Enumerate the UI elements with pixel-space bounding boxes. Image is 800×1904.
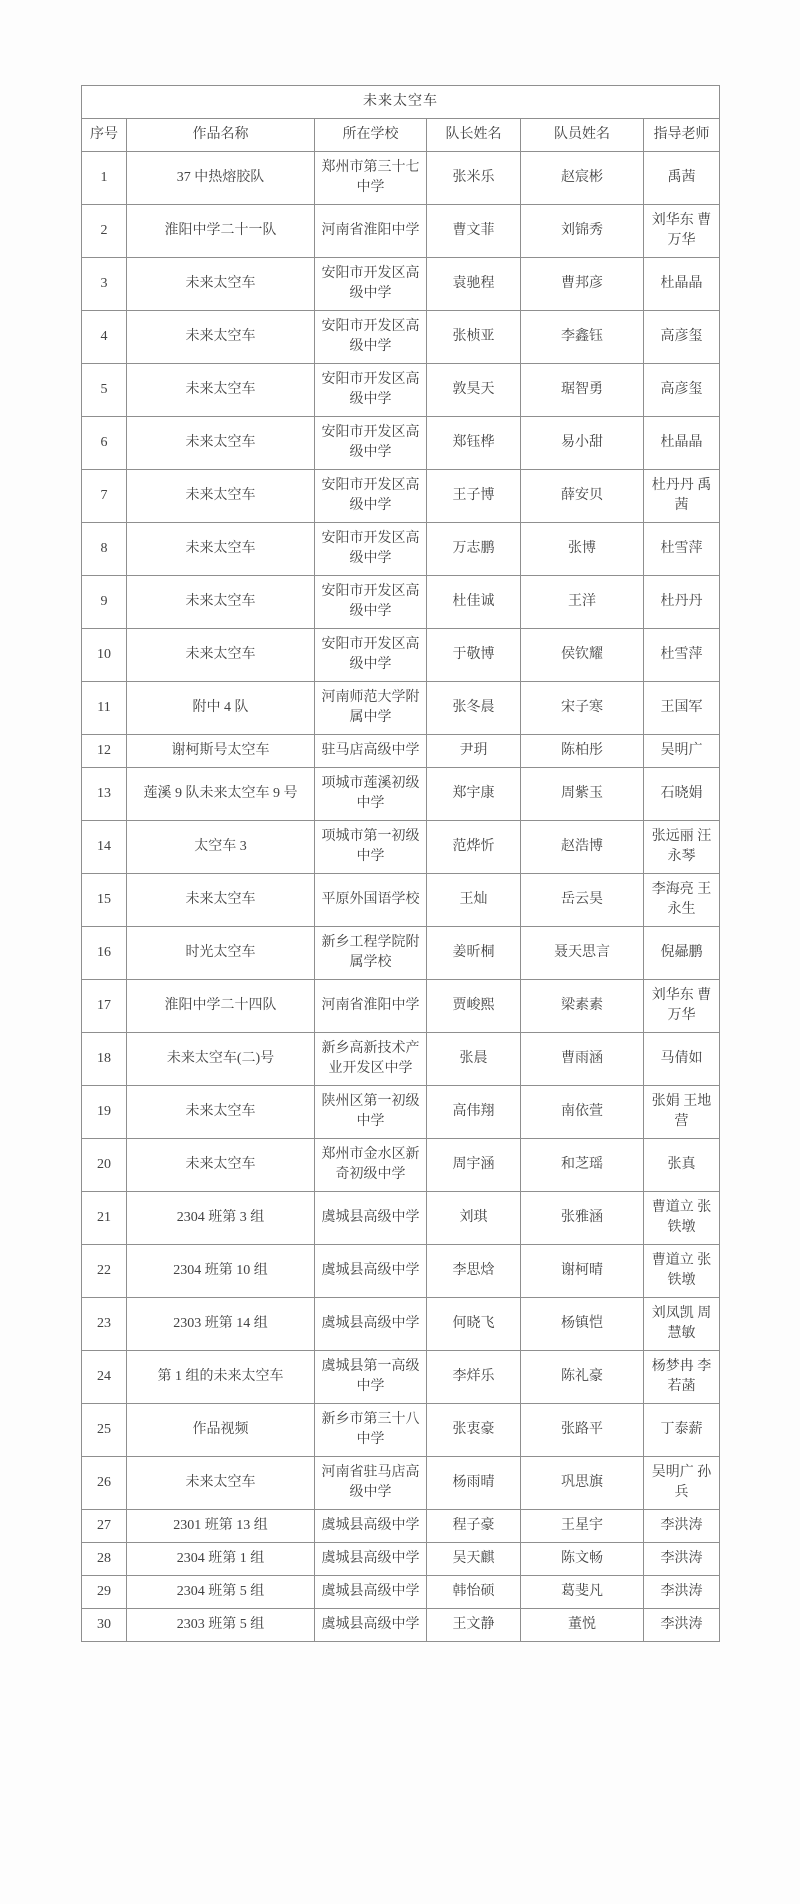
cell-leader-name: 吴天麒 — [427, 1543, 521, 1576]
cell-member-name: 梁素素 — [521, 980, 644, 1033]
cell-work-name: 未来太空车 — [127, 523, 315, 576]
table-row: 5 未来太空车 安阳市开发区高级中学 敦昊天 琚智勇 高彦玺 — [82, 364, 720, 417]
cell-member-name: 赵浩博 — [521, 821, 644, 874]
cell-school: 虞城县高级中学 — [315, 1192, 427, 1245]
cell-work-name: 作品视频 — [127, 1404, 315, 1457]
cell-leader-name: 王灿 — [427, 874, 521, 927]
column-header-index: 序号 — [82, 119, 127, 152]
table-header-row: 序号 作品名称 所在学校 队长姓名 队员姓名 指导老师 — [82, 119, 720, 152]
cell-member-name: 董悦 — [521, 1609, 644, 1642]
cell-work-name: 未来太空车 — [127, 1457, 315, 1510]
cell-school: 虞城县第一高级中学 — [315, 1351, 427, 1404]
cell-member-name: 薛安贝 — [521, 470, 644, 523]
table-row: 4 未来太空车 安阳市开发区高级中学 张桢亚 李鑫钰 高彦玺 — [82, 311, 720, 364]
cell-school: 安阳市开发区高级中学 — [315, 417, 427, 470]
cell-index: 5 — [82, 364, 127, 417]
cell-member-name: 陈礼豪 — [521, 1351, 644, 1404]
cell-teacher: 杜雪萍 — [644, 523, 720, 576]
table-row: 17 淮阳中学二十四队 河南省淮阳中学 贾峻熙 梁素素 刘华东 曹万华 — [82, 980, 720, 1033]
cell-teacher: 杜雪萍 — [644, 629, 720, 682]
cell-teacher: 杜丹丹 禹茜 — [644, 470, 720, 523]
cell-leader-name: 程子豪 — [427, 1510, 521, 1543]
cell-work-name: 谢柯斯号太空车 — [127, 735, 315, 768]
cell-index: 29 — [82, 1576, 127, 1609]
table-row: 19 未来太空车 陕州区第一初级中学 高伟翔 南依萱 张娟 王地营 — [82, 1086, 720, 1139]
cell-leader-name: 李烊乐 — [427, 1351, 521, 1404]
cell-teacher: 吴明广 — [644, 735, 720, 768]
cell-index: 8 — [82, 523, 127, 576]
cell-leader-name: 万志鹏 — [427, 523, 521, 576]
cell-leader-name: 贾峻熙 — [427, 980, 521, 1033]
cell-leader-name: 高伟翔 — [427, 1086, 521, 1139]
cell-school: 平原外国语学校 — [315, 874, 427, 927]
cell-teacher: 杜晶晶 — [644, 417, 720, 470]
cell-teacher: 石晓娟 — [644, 768, 720, 821]
cell-teacher: 张真 — [644, 1139, 720, 1192]
table-row: 22 2304 班第 10 组 虞城县高级中学 李思焓 谢柯晴 曹道立 张铁墩 — [82, 1245, 720, 1298]
cell-school: 陕州区第一初级中学 — [315, 1086, 427, 1139]
cell-member-name: 巩思旗 — [521, 1457, 644, 1510]
cell-school: 安阳市开发区高级中学 — [315, 576, 427, 629]
cell-teacher: 吴明广 孙兵 — [644, 1457, 720, 1510]
cell-index: 11 — [82, 682, 127, 735]
cell-index: 15 — [82, 874, 127, 927]
cell-teacher: 刘凤凯 周慧敏 — [644, 1298, 720, 1351]
cell-member-name: 侯钦耀 — [521, 629, 644, 682]
cell-teacher: 张娟 王地营 — [644, 1086, 720, 1139]
document-page: 未来太空车 序号 作品名称 所在学校 队长姓名 队员姓名 指导老师 1 37 中… — [0, 0, 800, 1904]
cell-index: 3 — [82, 258, 127, 311]
cell-member-name: 琚智勇 — [521, 364, 644, 417]
cell-index: 12 — [82, 735, 127, 768]
cell-work-name: 2301 班第 13 组 — [127, 1510, 315, 1543]
cell-member-name: 王星宇 — [521, 1510, 644, 1543]
cell-school: 新乡市第三十八中学 — [315, 1404, 427, 1457]
cell-teacher: 李海亮 王永生 — [644, 874, 720, 927]
cell-leader-name: 敦昊天 — [427, 364, 521, 417]
cell-teacher: 杜丹丹 — [644, 576, 720, 629]
cell-school: 虞城县高级中学 — [315, 1245, 427, 1298]
cell-school: 河南省淮阳中学 — [315, 980, 427, 1033]
cell-work-name: 2304 班第 1 组 — [127, 1543, 315, 1576]
cell-teacher: 刘华东 曹万华 — [644, 980, 720, 1033]
table-row: 28 2304 班第 1 组 虞城县高级中学 吴天麒 陈文畅 李洪涛 — [82, 1543, 720, 1576]
cell-index: 1 — [82, 152, 127, 205]
cell-school: 新乡高新技术产业开发区中学 — [315, 1033, 427, 1086]
cell-teacher: 倪曏鹏 — [644, 927, 720, 980]
cell-index: 20 — [82, 1139, 127, 1192]
cell-teacher: 杨梦冉 李若菡 — [644, 1351, 720, 1404]
cell-index: 10 — [82, 629, 127, 682]
cell-school: 安阳市开发区高级中学 — [315, 470, 427, 523]
cell-leader-name: 何晓飞 — [427, 1298, 521, 1351]
cell-member-name: 周紫玉 — [521, 768, 644, 821]
cell-school: 虞城县高级中学 — [315, 1576, 427, 1609]
cell-work-name: 2303 班第 5 组 — [127, 1609, 315, 1642]
cell-index: 18 — [82, 1033, 127, 1086]
cell-school: 虞城县高级中学 — [315, 1543, 427, 1576]
cell-member-name: 刘锦秀 — [521, 205, 644, 258]
cell-work-name: 太空车 3 — [127, 821, 315, 874]
cell-work-name: 时光太空车 — [127, 927, 315, 980]
table-row: 9 未来太空车 安阳市开发区高级中学 杜佳诚 王洋 杜丹丹 — [82, 576, 720, 629]
cell-leader-name: 韩怡硕 — [427, 1576, 521, 1609]
cell-work-name: 未来太空车 — [127, 364, 315, 417]
cell-leader-name: 周宇涵 — [427, 1139, 521, 1192]
table-row: 13 莲溪 9 队未来太空车 9 号 项城市莲溪初级中学 郑宇康 周紫玉 石晓娟 — [82, 768, 720, 821]
cell-work-name: 未来太空车(二)号 — [127, 1033, 315, 1086]
cell-teacher: 张远丽 汪永琴 — [644, 821, 720, 874]
cell-index: 14 — [82, 821, 127, 874]
cell-leader-name: 刘琪 — [427, 1192, 521, 1245]
cell-work-name: 2304 班第 5 组 — [127, 1576, 315, 1609]
cell-work-name: 淮阳中学二十四队 — [127, 980, 315, 1033]
cell-member-name: 杨镇恺 — [521, 1298, 644, 1351]
cell-member-name: 曹邦彦 — [521, 258, 644, 311]
cell-work-name: 莲溪 9 队未来太空车 9 号 — [127, 768, 315, 821]
cell-school: 郑州市第三十七中学 — [315, 152, 427, 205]
cell-leader-name: 杜佳诚 — [427, 576, 521, 629]
cell-index: 16 — [82, 927, 127, 980]
cell-school: 安阳市开发区高级中学 — [315, 364, 427, 417]
table-row: 18 未来太空车(二)号 新乡高新技术产业开发区中学 张晨 曹雨涵 马倩如 — [82, 1033, 720, 1086]
cell-teacher: 李洪涛 — [644, 1576, 720, 1609]
cell-leader-name: 尹玥 — [427, 735, 521, 768]
table-row: 20 未来太空车 郑州市金水区新奇初级中学 周宇涵 和芝瑶 张真 — [82, 1139, 720, 1192]
cell-work-name: 未来太空车 — [127, 258, 315, 311]
table-row: 2 淮阳中学二十一队 河南省淮阳中学 曹文菲 刘锦秀 刘华东 曹万华 — [82, 205, 720, 258]
cell-teacher: 曹道立 张铁墩 — [644, 1245, 720, 1298]
table-row: 21 2304 班第 3 组 虞城县高级中学 刘琪 张雅涵 曹道立 张铁墩 — [82, 1192, 720, 1245]
cell-leader-name: 张桢亚 — [427, 311, 521, 364]
cell-school: 新乡工程学院附属学校 — [315, 927, 427, 980]
cell-member-name: 聂天思言 — [521, 927, 644, 980]
table-row: 16 时光太空车 新乡工程学院附属学校 姜昕桐 聂天思言 倪曏鹏 — [82, 927, 720, 980]
table-row: 8 未来太空车 安阳市开发区高级中学 万志鹏 张博 杜雪萍 — [82, 523, 720, 576]
column-header-leader-name: 队长姓名 — [427, 119, 521, 152]
table-row: 14 太空车 3 项城市第一初级中学 范烨忻 赵浩博 张远丽 汪永琴 — [82, 821, 720, 874]
cell-index: 30 — [82, 1609, 127, 1642]
cell-teacher: 高彦玺 — [644, 311, 720, 364]
cell-member-name: 李鑫钰 — [521, 311, 644, 364]
table-row: 15 未来太空车 平原外国语学校 王灿 岳云昊 李海亮 王永生 — [82, 874, 720, 927]
cell-index: 7 — [82, 470, 127, 523]
cell-school: 虞城县高级中学 — [315, 1510, 427, 1543]
table-row: 23 2303 班第 14 组 虞城县高级中学 何晓飞 杨镇恺 刘凤凯 周慧敏 — [82, 1298, 720, 1351]
cell-school: 虞城县高级中学 — [315, 1609, 427, 1642]
cell-leader-name: 曹文菲 — [427, 205, 521, 258]
cell-leader-name: 杨雨晴 — [427, 1457, 521, 1510]
cell-index: 26 — [82, 1457, 127, 1510]
table-row: 30 2303 班第 5 组 虞城县高级中学 王文静 董悦 李洪涛 — [82, 1609, 720, 1642]
cell-index: 6 — [82, 417, 127, 470]
table-title-row: 未来太空车 — [82, 86, 720, 119]
cell-work-name: 未来太空车 — [127, 629, 315, 682]
cell-school: 项城市第一初级中学 — [315, 821, 427, 874]
cell-work-name: 未来太空车 — [127, 1086, 315, 1139]
cell-work-name: 37 中热熔胶队 — [127, 152, 315, 205]
column-header-member-name: 队员姓名 — [521, 119, 644, 152]
cell-index: 19 — [82, 1086, 127, 1139]
cell-member-name: 宋子寒 — [521, 682, 644, 735]
cell-teacher: 杜晶晶 — [644, 258, 720, 311]
table-row: 29 2304 班第 5 组 虞城县高级中学 韩怡硕 葛斐凡 李洪涛 — [82, 1576, 720, 1609]
table-row: 12 谢柯斯号太空车 驻马店高级中学 尹玥 陈柏彤 吴明广 — [82, 735, 720, 768]
cell-school: 河南省淮阳中学 — [315, 205, 427, 258]
cell-work-name: 未来太空车 — [127, 470, 315, 523]
cell-member-name: 王洋 — [521, 576, 644, 629]
table-row: 1 37 中热熔胶队 郑州市第三十七中学 张米乐 赵宸彬 禹茜 — [82, 152, 720, 205]
page-title: 未来太空车 — [82, 86, 720, 119]
cell-member-name: 葛斐凡 — [521, 1576, 644, 1609]
table-row: 25 作品视频 新乡市第三十八中学 张衷豪 张路平 丁泰薪 — [82, 1404, 720, 1457]
cell-member-name: 陈柏彤 — [521, 735, 644, 768]
cell-school: 安阳市开发区高级中学 — [315, 258, 427, 311]
cell-school: 驻马店高级中学 — [315, 735, 427, 768]
cell-teacher: 刘华东 曹万华 — [644, 205, 720, 258]
cell-teacher: 禹茜 — [644, 152, 720, 205]
cell-work-name: 淮阳中学二十一队 — [127, 205, 315, 258]
column-header-teacher: 指导老师 — [644, 119, 720, 152]
cell-member-name: 南依萱 — [521, 1086, 644, 1139]
cell-school: 郑州市金水区新奇初级中学 — [315, 1139, 427, 1192]
cell-work-name: 2304 班第 3 组 — [127, 1192, 315, 1245]
cell-teacher: 李洪涛 — [644, 1510, 720, 1543]
table-row: 26 未来太空车 河南省驻马店高级中学 杨雨晴 巩思旗 吴明广 孙兵 — [82, 1457, 720, 1510]
cell-member-name: 曹雨涵 — [521, 1033, 644, 1086]
table-row: 6 未来太空车 安阳市开发区高级中学 郑钰桦 易小甜 杜晶晶 — [82, 417, 720, 470]
cell-work-name: 未来太空车 — [127, 1139, 315, 1192]
cell-leader-name: 张冬晨 — [427, 682, 521, 735]
cell-index: 4 — [82, 311, 127, 364]
cell-work-name: 未来太空车 — [127, 311, 315, 364]
cell-teacher: 王国军 — [644, 682, 720, 735]
column-header-work-name: 作品名称 — [127, 119, 315, 152]
cell-teacher: 李洪涛 — [644, 1609, 720, 1642]
cell-teacher: 李洪涛 — [644, 1543, 720, 1576]
table-row: 3 未来太空车 安阳市开发区高级中学 袁驰程 曹邦彦 杜晶晶 — [82, 258, 720, 311]
cell-index: 27 — [82, 1510, 127, 1543]
table-row: 10 未来太空车 安阳市开发区高级中学 于敬博 侯钦耀 杜雪萍 — [82, 629, 720, 682]
table-row: 11 附中 4 队 河南师范大学附属中学 张冬晨 宋子寒 王国军 — [82, 682, 720, 735]
cell-index: 9 — [82, 576, 127, 629]
table-row: 24 第 1 组的未来太空车 虞城县第一高级中学 李烊乐 陈礼豪 杨梦冉 李若菡 — [82, 1351, 720, 1404]
cell-index: 13 — [82, 768, 127, 821]
cell-work-name: 附中 4 队 — [127, 682, 315, 735]
cell-member-name: 陈文畅 — [521, 1543, 644, 1576]
cell-index: 24 — [82, 1351, 127, 1404]
cell-leader-name: 王文静 — [427, 1609, 521, 1642]
cell-leader-name: 郑宇康 — [427, 768, 521, 821]
cell-index: 21 — [82, 1192, 127, 1245]
cell-work-name: 未来太空车 — [127, 576, 315, 629]
table-row: 27 2301 班第 13 组 虞城县高级中学 程子豪 王星宇 李洪涛 — [82, 1510, 720, 1543]
cell-teacher: 丁泰薪 — [644, 1404, 720, 1457]
cell-leader-name: 张晨 — [427, 1033, 521, 1086]
cell-leader-name: 郑钰桦 — [427, 417, 521, 470]
cell-index: 22 — [82, 1245, 127, 1298]
table-body: 1 37 中热熔胶队 郑州市第三十七中学 张米乐 赵宸彬 禹茜 2 淮阳中学二十… — [82, 152, 720, 1642]
table-row: 7 未来太空车 安阳市开发区高级中学 王子博 薛安贝 杜丹丹 禹茜 — [82, 470, 720, 523]
column-header-school: 所在学校 — [315, 119, 427, 152]
cell-school: 安阳市开发区高级中学 — [315, 629, 427, 682]
cell-teacher: 曹道立 张铁墩 — [644, 1192, 720, 1245]
cell-member-name: 岳云昊 — [521, 874, 644, 927]
cell-school: 虞城县高级中学 — [315, 1298, 427, 1351]
cell-work-name: 2304 班第 10 组 — [127, 1245, 315, 1298]
cell-member-name: 谢柯晴 — [521, 1245, 644, 1298]
cell-member-name: 张博 — [521, 523, 644, 576]
cell-member-name: 张雅涵 — [521, 1192, 644, 1245]
cell-index: 17 — [82, 980, 127, 1033]
cell-teacher: 马倩如 — [644, 1033, 720, 1086]
cell-work-name: 未来太空车 — [127, 874, 315, 927]
cell-leader-name: 范烨忻 — [427, 821, 521, 874]
cell-work-name: 第 1 组的未来太空车 — [127, 1351, 315, 1404]
cell-work-name: 未来太空车 — [127, 417, 315, 470]
cell-leader-name: 李思焓 — [427, 1245, 521, 1298]
cell-school: 河南师范大学附属中学 — [315, 682, 427, 735]
cell-leader-name: 张衷豪 — [427, 1404, 521, 1457]
cell-leader-name: 袁驰程 — [427, 258, 521, 311]
cell-school: 河南省驻马店高级中学 — [315, 1457, 427, 1510]
roster-table: 未来太空车 序号 作品名称 所在学校 队长姓名 队员姓名 指导老师 1 37 中… — [81, 85, 720, 1642]
cell-index: 23 — [82, 1298, 127, 1351]
cell-school: 安阳市开发区高级中学 — [315, 523, 427, 576]
cell-member-name: 张路平 — [521, 1404, 644, 1457]
cell-leader-name: 王子博 — [427, 470, 521, 523]
cell-member-name: 赵宸彬 — [521, 152, 644, 205]
cell-member-name: 和芝瑶 — [521, 1139, 644, 1192]
cell-leader-name: 张米乐 — [427, 152, 521, 205]
cell-teacher: 高彦玺 — [644, 364, 720, 417]
cell-leader-name: 于敬博 — [427, 629, 521, 682]
cell-member-name: 易小甜 — [521, 417, 644, 470]
cell-index: 25 — [82, 1404, 127, 1457]
cell-school: 安阳市开发区高级中学 — [315, 311, 427, 364]
cell-index: 28 — [82, 1543, 127, 1576]
cell-index: 2 — [82, 205, 127, 258]
cell-school: 项城市莲溪初级中学 — [315, 768, 427, 821]
cell-work-name: 2303 班第 14 组 — [127, 1298, 315, 1351]
cell-leader-name: 姜昕桐 — [427, 927, 521, 980]
